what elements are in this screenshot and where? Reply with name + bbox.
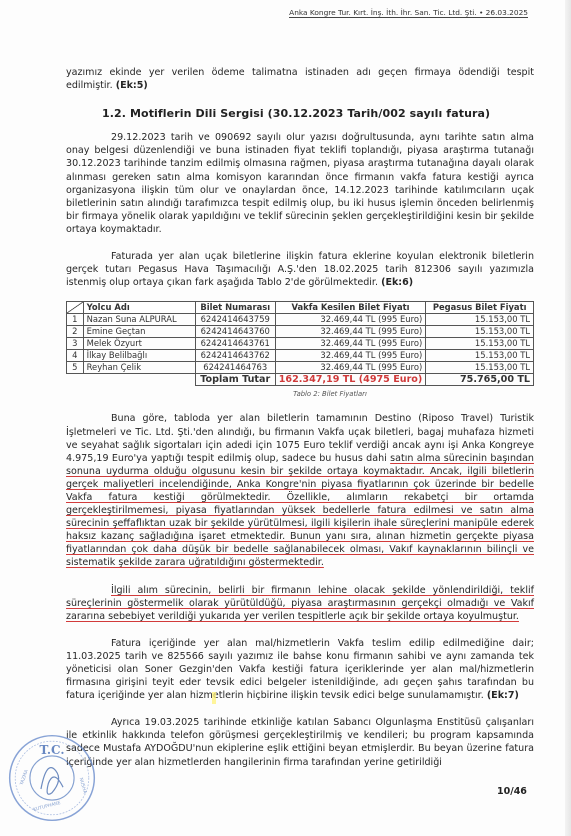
column-header-vakfa-price: Vakfa Kesilen Bilet Fiyatı	[275, 302, 426, 314]
paragraph-1: 29.12.2023 tarih ve 090692 sayılı olur y…	[66, 131, 534, 236]
paragraph-text: Faturada yer alan uçak biletlerine ilişk…	[66, 251, 534, 288]
pegasus-price: 15.153,00 TL	[426, 338, 534, 350]
ticket-price-table: Yolcu Adı Bilet Numarası Vakfa Kesilen B…	[66, 301, 534, 386]
table-total-row: Toplam Tutar 162.347,19 TL (4975 Euro) 7…	[67, 374, 534, 386]
paragraph-3: Buna göre, tabloda yer alan biletlerin t…	[66, 412, 534, 569]
paragraph-continuation: yazımız ekinde yer verilen ödeme talimat…	[66, 66, 534, 92]
svg-text:YAZMA: YAZMA	[18, 768, 30, 787]
total-label: Toplam Tutar	[195, 374, 275, 386]
table-row: 4İlkay Belilbağlı624241464376232.469,44 …	[67, 350, 534, 362]
annex-reference: (Ek:6)	[381, 277, 413, 288]
highlighter-mark	[212, 692, 216, 704]
table-body: 1Nazan Suna ALPURAL624241464375932.469,4…	[67, 314, 534, 374]
vakfa-price: 32.469,44 TL (995 Euro)	[275, 314, 426, 326]
section-title: 1.2. Motiflerin Dili Sergisi (30.12.2023…	[102, 107, 534, 120]
table-caption: Tablo 2: Bilet Fiyatları	[126, 388, 534, 401]
table-row: 1Nazan Suna ALPURAL624241464375932.469,4…	[67, 314, 534, 326]
row-number: 1	[67, 314, 84, 326]
row-number: 5	[67, 362, 84, 374]
column-header-ticket-number: Bilet Numarası	[195, 302, 275, 314]
document-page: Anka Kongre Tur. Kırt. İnş. İth. İhr. Sa…	[0, 0, 571, 836]
pegasus-price: 15.153,00 TL	[426, 350, 534, 362]
pegasus-price: 15.153,00 TL	[426, 326, 534, 338]
total-vakfa-price: 162.347,19 TL (4975 Euro)	[275, 374, 426, 386]
ticket-number: 6242414643761	[195, 338, 275, 350]
table-row: 2Emine Geçtan624241464376032.469,44 TL (…	[67, 326, 534, 338]
passenger-name: Nazan Suna ALPURAL	[83, 314, 195, 326]
row-number: 4	[67, 350, 84, 362]
total-pegasus-price: 75.765,00 TL	[426, 374, 534, 386]
page-header: Anka Kongre Tur. Kırt. İnş. İth. İhr. Sa…	[0, 8, 571, 17]
table-row: 5Reyhan Çelik62424146476332.469,44 TL (9…	[67, 362, 534, 374]
table-corner-cell	[67, 302, 84, 314]
svg-text:NUSHA: NUSHA	[78, 777, 88, 795]
row-number: 3	[67, 338, 84, 350]
page-edge-shadow	[565, 0, 571, 836]
vakfa-price: 32.469,44 TL (995 Euro)	[275, 338, 426, 350]
document-body: yazımız ekinde yer verilen ödeme talimat…	[66, 66, 534, 769]
passenger-name: Emine Geçtan	[83, 326, 195, 338]
table-header-row: Yolcu Adı Bilet Numarası Vakfa Kesilen B…	[67, 302, 534, 314]
passenger-name: Reyhan Çelik	[83, 362, 195, 374]
row-number: 2	[67, 326, 84, 338]
ticket-number: 6242414643760	[195, 326, 275, 338]
svg-text:KUTUPHANE: KUTUPHANE	[33, 800, 62, 813]
column-header-pegasus-price: Pegasus Bilet Fiyatı	[426, 302, 534, 314]
annex-reference: (Ek:7)	[487, 690, 519, 701]
svg-text:T.C.: T.C.	[40, 743, 65, 757]
passenger-name: Melek Özyurt	[83, 338, 195, 350]
paragraph-text: Fatura içeriğinde yer alan mal/hizmetler…	[66, 638, 534, 701]
empty-cell	[67, 374, 196, 386]
ticket-number: 6242414643759	[195, 314, 275, 326]
pegasus-price: 15.153,00 TL	[426, 362, 534, 374]
underlined-finding: İlgili alım sürecinin, belirli bir firma…	[66, 585, 534, 622]
annex-reference: (Ek:5)	[116, 80, 148, 91]
paragraph-4: İlgili alım sürecinin, belirli bir firma…	[66, 584, 534, 623]
table-row: 3Melek Özyurt624241464376132.469,44 TL (…	[67, 338, 534, 350]
paragraph-5: Fatura içeriğinde yer alan mal/hizmetler…	[66, 637, 534, 702]
pegasus-price: 15.153,00 TL	[426, 314, 534, 326]
vakfa-price: 32.469,44 TL (995 Euro)	[275, 326, 426, 338]
official-seal-stamp-icon: T.C. YAZMA NUSHA KUTUPHANE	[6, 732, 98, 824]
passenger-name: İlkay Belilbağlı	[83, 350, 195, 362]
vakfa-price: 32.469,44 TL (995 Euro)	[275, 350, 426, 362]
vakfa-price: 32.469,44 TL (995 Euro)	[275, 362, 426, 374]
page-number: 10/46	[497, 786, 527, 797]
header-company-date: Anka Kongre Tur. Kırt. İnş. İth. İhr. Sa…	[289, 8, 528, 18]
paragraph-6: Ayrıca 19.03.2025 tarihinde etkinliğe ka…	[66, 716, 534, 768]
paragraph-2: Faturada yer alan uçak biletlerine ilişk…	[66, 250, 534, 289]
ticket-number: 6242414643762	[195, 350, 275, 362]
column-header-passenger: Yolcu Adı	[83, 302, 195, 314]
underlined-finding: satın alma sürecinin başından sonuna uyd…	[66, 453, 534, 569]
ticket-number: 624241464763	[195, 362, 275, 374]
